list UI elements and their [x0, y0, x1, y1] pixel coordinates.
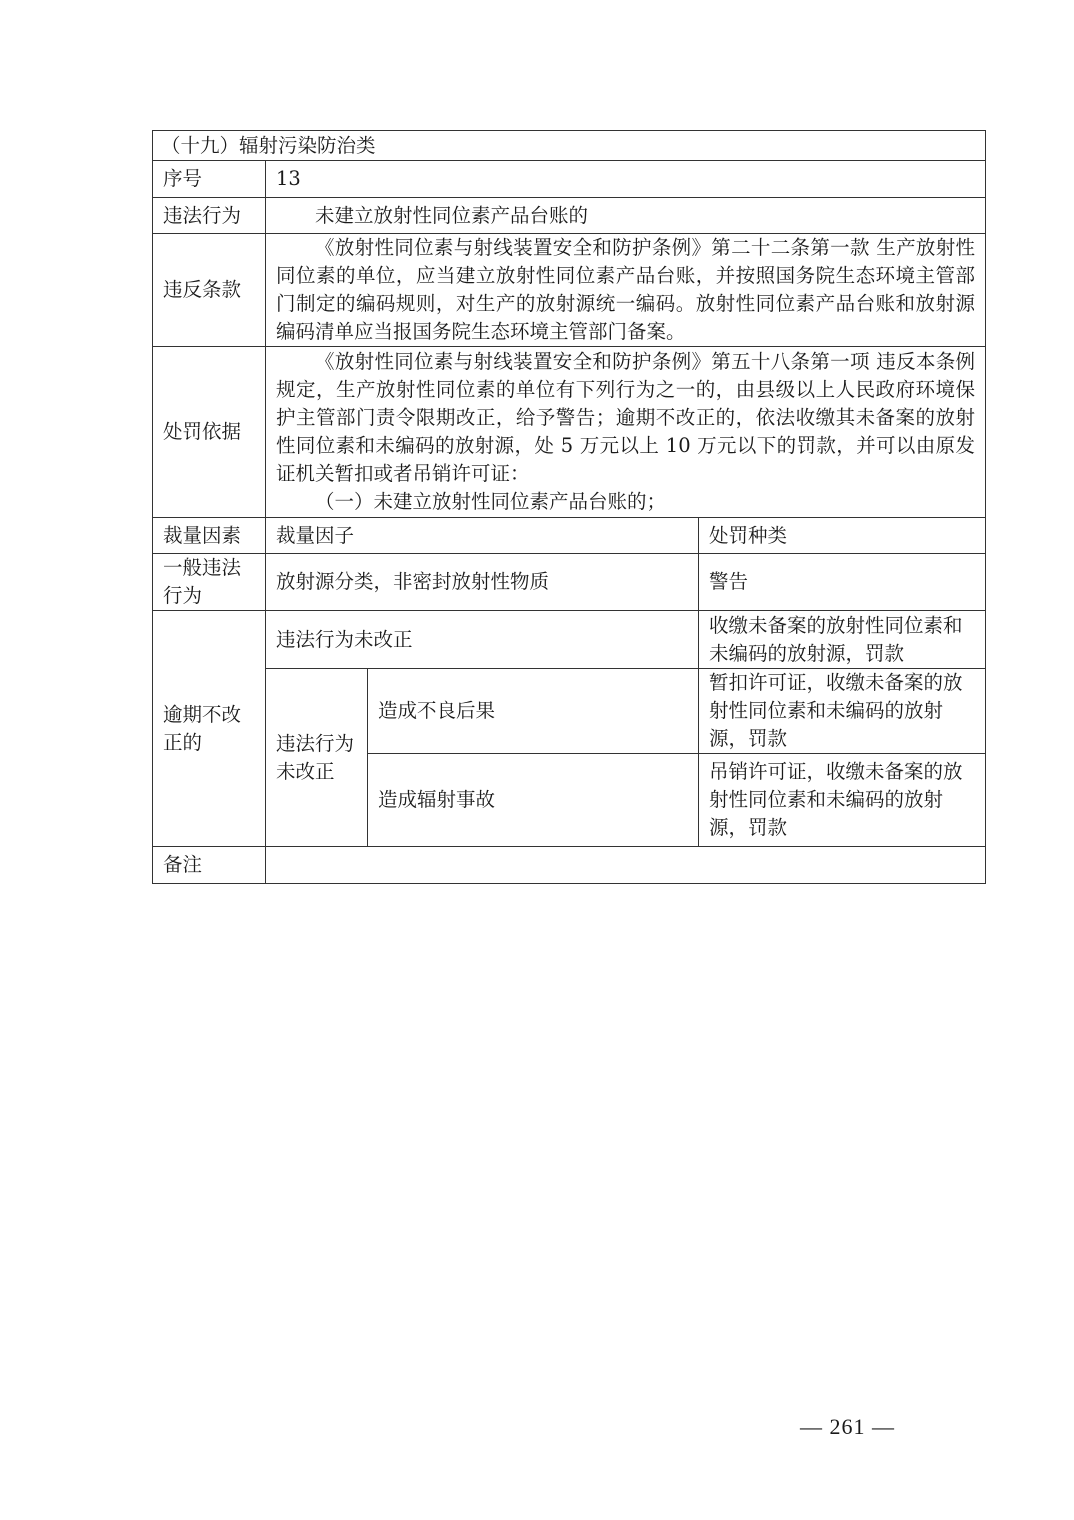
general-factor: 放射源分类，非密封放射性物质 [266, 554, 699, 611]
overdue-factor-3: 造成辐射事故 [368, 754, 699, 847]
factor-header: 裁量因子 [266, 518, 699, 554]
section-title: （十九）辐射污染防治类 [153, 131, 986, 161]
seq-label: 序号 [153, 161, 266, 198]
general-label: 一般违法行为 [153, 554, 266, 611]
overdue-factor-1: 违法行为未改正 [266, 611, 699, 669]
overdue-penalty-2: 暂扣许可证，收缴未备案的放射性同位素和未编码的放射源，罚款 [699, 669, 986, 754]
basis-item: （一）未建立放射性同位素产品台账的； [276, 488, 975, 516]
penalty-header: 处罚种类 [699, 518, 986, 554]
basis-text: 《放射性同位素与射线装置安全和防护条例》第五十八条第一项 违反本条例规定，生产放… [276, 348, 975, 488]
overdue-factor-2: 造成不良后果 [368, 669, 699, 754]
basis-cell: 《放射性同位素与射线装置安全和防护条例》第五十八条第一项 违反本条例规定，生产放… [266, 347, 986, 518]
act-label: 违法行为 [153, 198, 266, 234]
discretion-label: 裁量因素 [153, 518, 266, 554]
general-penalty: 警告 [699, 554, 986, 611]
basis-label: 处罚依据 [153, 347, 266, 518]
overdue-label: 逾期不改正的 [153, 611, 266, 847]
clause-value: 《放射性同位素与射线装置安全和防护条例》第二十二条第一款 生产放射性同位素的单位… [266, 234, 986, 347]
act-value: 未建立放射性同位素产品台账的 [266, 198, 986, 234]
note-value [266, 847, 986, 884]
penalty-discretion-table: （十九）辐射污染防治类 序号 13 违法行为 未建立放射性同位素产品台账的 违反… [152, 130, 986, 884]
overdue-penalty-1: 收缴未备案的放射性同位素和未编码的放射源，罚款 [699, 611, 986, 669]
seq-value: 13 [266, 161, 986, 198]
page-number: — 261 — [800, 1414, 895, 1440]
overdue-sub-label: 违法行为未改正 [266, 669, 368, 847]
clause-label: 违反条款 [153, 234, 266, 347]
note-label: 备注 [153, 847, 266, 884]
overdue-penalty-3: 吊销许可证，收缴未备案的放射性同位素和未编码的放射源，罚款 [699, 754, 986, 847]
